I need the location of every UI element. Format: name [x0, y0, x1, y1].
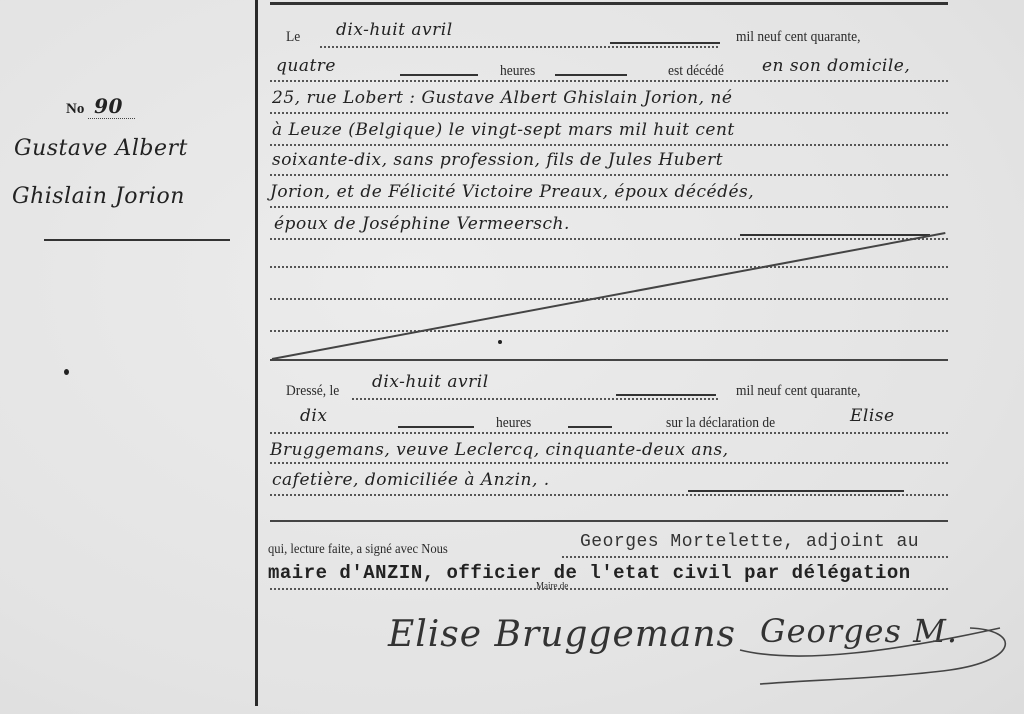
margin-name-line-1: Gustave Albert: [14, 136, 188, 161]
blank-fill: [400, 74, 478, 76]
ink-spot: [64, 369, 69, 375]
heures-label-2: heures: [496, 415, 531, 432]
column-divider: [255, 0, 258, 706]
rule: [270, 238, 948, 240]
blank-fill: [568, 426, 612, 428]
drawn-year-printed: mil neuf cent quarante,: [736, 383, 860, 400]
blank-fill: [740, 234, 930, 236]
death-year-handwritten: quatre: [276, 56, 336, 76]
margin-underline: [44, 239, 230, 241]
blank-fill: [616, 394, 716, 396]
maire-de-small-print: Maire de: [536, 581, 568, 592]
officer-typed-line-2: maire d'ANZIN, officier de l'etat civil …: [268, 562, 911, 584]
rule: [270, 266, 948, 268]
rule: [270, 359, 948, 361]
blank-fill: [688, 490, 904, 492]
rule: [270, 144, 948, 146]
dresse-label: Dressé, le: [286, 383, 339, 400]
rule: [270, 112, 948, 114]
death-line-5: soixante-dix, sans profession, fils de J…: [272, 150, 723, 170]
declaration-label: sur la déclaration de: [666, 415, 775, 432]
rule: [270, 330, 948, 332]
top-rule: [270, 2, 948, 5]
rule: [352, 398, 718, 400]
blank-fill: [555, 74, 627, 76]
margin-name-line-2: Ghislain Jorion: [12, 184, 185, 209]
rule: [320, 46, 718, 48]
est-decede-label: est décédé: [668, 63, 724, 80]
strike-through-line: [272, 232, 946, 360]
blank-fill: [610, 42, 720, 44]
death-line-7: époux de Joséphine Vermeersch.: [274, 214, 570, 234]
declarant-first-name: Elise: [850, 406, 895, 426]
entry-number: No 90: [66, 94, 135, 118]
rule: [270, 494, 948, 496]
rule: [270, 432, 948, 434]
blank-fill: [398, 426, 474, 428]
death-year-printed: mil neuf cent quarante,: [736, 29, 860, 46]
le-label: Le: [286, 29, 300, 46]
declarant-signature: Elise Bruggemans: [388, 614, 736, 655]
signature-lead-text: qui, lecture faite, a signé avec Nous: [268, 542, 448, 558]
rule: [270, 520, 948, 522]
death-day-month: dix-huit avril: [336, 20, 453, 40]
death-line-4: à Leuze (Belgique) le vingt-sept mars mi…: [272, 120, 735, 140]
death-place-part1: en son domicile,: [762, 56, 910, 76]
rule: [270, 174, 948, 176]
rule: [270, 462, 948, 464]
entry-number-value: 90: [88, 94, 135, 119]
register-page: No 90 Gustave Albert Ghislain Jorion Le …: [0, 0, 1024, 714]
rule: [270, 298, 948, 300]
drawn-line-3: Bruggemans, veuve Leclercq, cinquante-de…: [270, 440, 729, 460]
signature-flourish-icon: [720, 610, 1020, 700]
drawn-hour: dix: [300, 406, 327, 426]
ink-spot: [498, 340, 502, 344]
officer-typed-line-1: Georges Mortelette, adjoint au: [580, 532, 919, 552]
death-line-3: 25, rue Lobert : Gustave Albert Ghislain…: [272, 88, 732, 108]
heures-label: heures: [500, 63, 535, 80]
rule: [562, 556, 948, 558]
rule: [270, 206, 948, 208]
drawn-line-4: cafetière, domiciliée à Anzin, .: [272, 470, 550, 490]
entry-number-label: No: [66, 101, 84, 117]
death-line-6: Jorion, et de Félicité Victoire Preaux, …: [270, 182, 754, 202]
drawn-day-month: dix-huit avril: [372, 372, 489, 392]
rule: [270, 588, 948, 590]
rule: [270, 80, 948, 82]
